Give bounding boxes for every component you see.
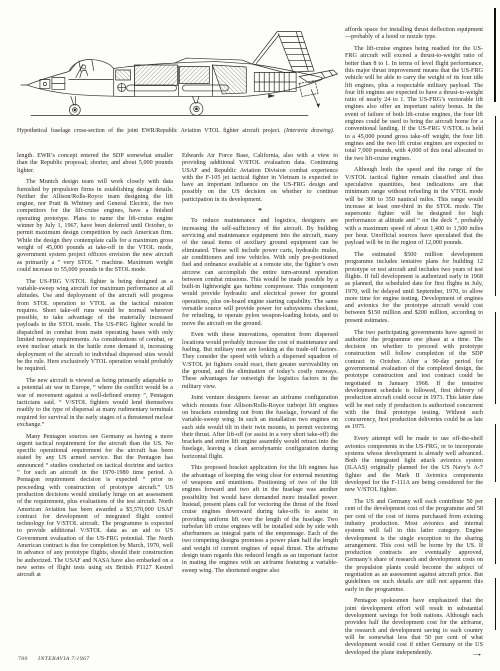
paragraph: This proposed bracket application for th… [182, 465, 338, 574]
scan-edge-artifact [494, 8, 497, 102]
paragraph: Every attempt will be made to use off-th… [345, 436, 483, 494]
page-footer: 780 INTERAVIA 7/1967 [18, 656, 90, 662]
end-of-article-arrow: → [457, 650, 483, 657]
paragraph: Joint venture designers favour an airfra… [182, 395, 338, 461]
column-middle: Edwards Air Force Base, California, also… [182, 153, 338, 584]
paragraph: The US and Germany will each contribute … [345, 499, 483, 594]
paragraph: The estimated $500 million development p… [345, 252, 483, 325]
scan-edge-artifact [495, 578, 497, 630]
paragraph: The two participating governments have a… [345, 330, 483, 432]
journal-issue: INTERAVIA 7/1967 [38, 656, 89, 662]
article-columns: length. EWR’s concept entered the SDP so… [17, 153, 338, 584]
scan-edge-artifact [495, 312, 496, 404]
aircraft-cutaway-drawing [17, 27, 338, 124]
paragraph: Pentagon spokesmen have emphasized that … [345, 598, 483, 656]
scan-edge-artifact [495, 116, 496, 296]
paragraph: Many Pentagon sources see Germany as hav… [17, 434, 173, 580]
section-separator: * [182, 208, 338, 214]
magazine-page: Hypothetical fuselage cross-section of t… [0, 0, 500, 671]
page-number: 780 [18, 656, 28, 662]
aircraft-cutaway-figure [17, 27, 338, 124]
page-content: Hypothetical fuselage cross-section of t… [17, 27, 483, 661]
paragraph: length. EWR’s concept entered the SDP so… [17, 153, 173, 175]
column-left: length. EWR’s concept entered the SDP so… [17, 153, 173, 584]
paragraph: Even with these innovations, operation f… [182, 332, 338, 390]
figure-credit: (Interavia drawing). [284, 128, 334, 134]
paragraph: To reduce maintenance and logistics, des… [182, 218, 338, 327]
paragraph-text: Pentagon spokesmen have emphasized that … [345, 598, 483, 655]
paragraph: The Munich design team will work closely… [17, 179, 173, 274]
figure-caption: Hypothetical fuselage cross-section of t… [17, 128, 338, 135]
paragraph: Although both the speed and the range of… [345, 167, 483, 247]
paragraph: The US-FRG V/STOL fighter is being desig… [17, 279, 173, 374]
paragraph: The new aircraft is viewed as being prim… [17, 378, 173, 429]
paragraph: The lift-cruise engines being readied fo… [345, 46, 483, 163]
scan-edge-artifact [495, 498, 496, 564]
paragraph: affords space for installing thrust defl… [345, 27, 483, 42]
paragraph: Edwards Air Force Base, California, also… [182, 153, 338, 204]
column-right: affords space for installing thrust defl… [345, 27, 483, 661]
figure-caption-text: Hypothetical fuselage cross-section of t… [17, 128, 281, 134]
left-region: Hypothetical fuselage cross-section of t… [17, 27, 338, 661]
scan-edge-artifact [495, 424, 496, 482]
